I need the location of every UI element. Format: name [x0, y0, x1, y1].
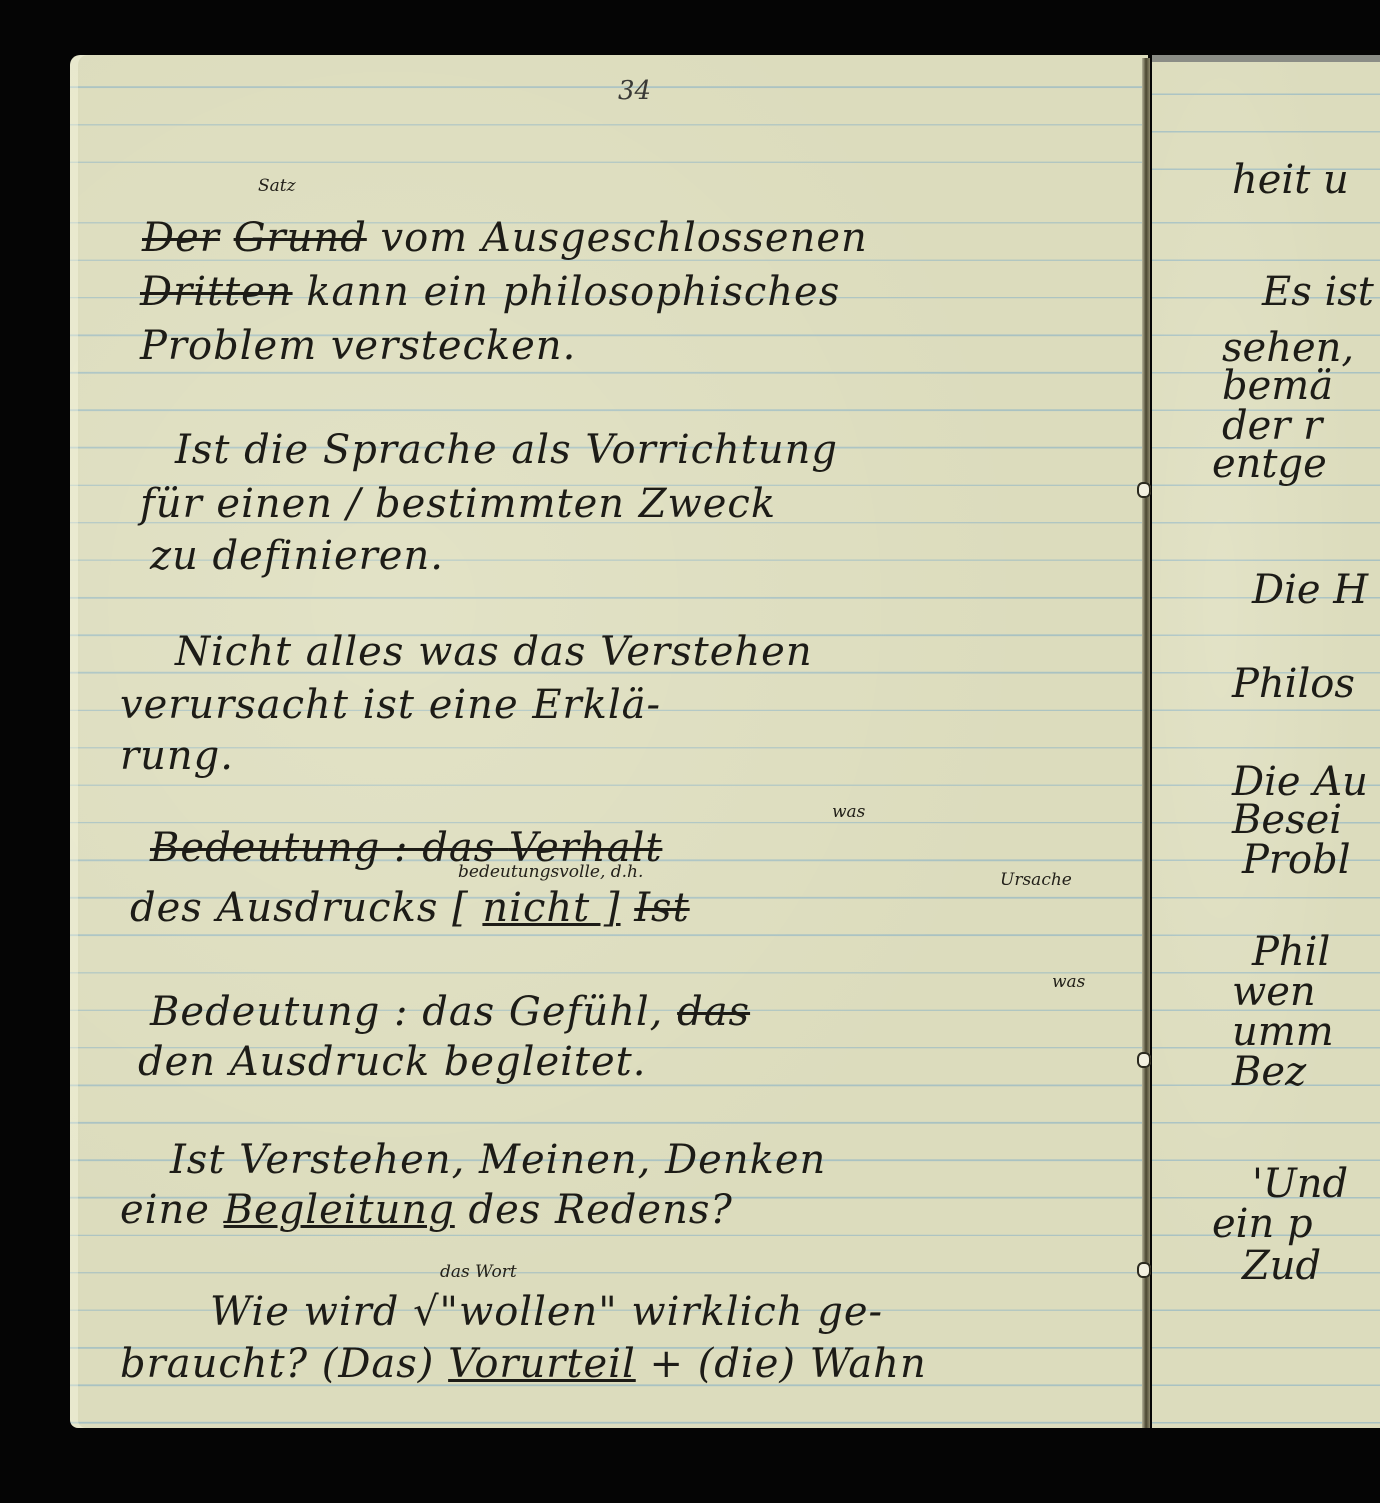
- fragment: Philos: [1232, 664, 1355, 704]
- fragment: ein p: [1212, 1204, 1313, 1244]
- struck-word: Grund: [234, 215, 367, 261]
- binding-stitch: [1137, 1262, 1151, 1278]
- insertion: Satz: [258, 176, 296, 196]
- manuscript-line: des Ausdrucks [ nicht ] Ist: [130, 888, 690, 928]
- manuscript-line: verursacht ist eine Erklä-: [120, 685, 661, 725]
- fragment: Besei: [1232, 800, 1342, 840]
- right-page-text-clip: heit u Es ist sehen, bemä der r entge Di…: [1152, 62, 1380, 1428]
- manuscript-line: Dritten kann ein philosophisches: [140, 272, 840, 312]
- fragment: heit u: [1232, 160, 1349, 200]
- manuscript-line: Problem verstecken.: [140, 326, 576, 366]
- manuscript-line: für einen / bestimmten Zweck: [140, 484, 776, 524]
- fragment: Die H: [1252, 570, 1368, 610]
- fragment: Die Au: [1232, 762, 1368, 802]
- insertion: das Wort: [440, 1262, 517, 1282]
- manuscript-line: Bedeutung : das Gefühl, das: [150, 992, 750, 1032]
- manuscript-line: rung.: [120, 736, 234, 776]
- fragment: der r: [1222, 406, 1322, 446]
- struck-word: Der: [142, 215, 220, 261]
- fragment: 'Und: [1252, 1164, 1348, 1204]
- fragment: entge: [1212, 444, 1327, 484]
- manuscript-line: Ist Verstehen, Meinen, Denken: [170, 1140, 826, 1180]
- binding-stitch: [1137, 482, 1151, 498]
- fragment: bemä: [1222, 366, 1333, 406]
- page-number: 34: [618, 76, 651, 106]
- manuscript-line: eine Begleitung des Redens?: [120, 1190, 733, 1230]
- fragment: sehen,: [1222, 328, 1354, 368]
- notebook-gutter: [1142, 58, 1150, 1428]
- insertion: was: [1052, 972, 1085, 992]
- fragment: Bez: [1232, 1052, 1306, 1092]
- manuscript-line: Ist die Sprache als Vorrichtung: [175, 430, 838, 470]
- manuscript-line: Der Grund vom Ausgeschlossenen: [142, 218, 868, 258]
- struck-word: Ist: [634, 885, 689, 931]
- insertion: bedeutungsvolle, d.h.: [458, 862, 643, 882]
- insertion: Ursache: [1000, 870, 1072, 890]
- insertion: was: [832, 802, 865, 822]
- fragment: Phil: [1252, 932, 1330, 972]
- struck-word: Dritten: [140, 269, 293, 315]
- fragment: wen: [1232, 972, 1316, 1012]
- manuscript-line: braucht? (Das) Vorurteil + (die) Wahn: [120, 1344, 927, 1384]
- fragment: Zud: [1242, 1246, 1321, 1286]
- manuscript-line: Wie wird √"wollen" wirklich ge-: [210, 1292, 883, 1332]
- manuscript-line: zu definieren.: [150, 536, 444, 576]
- binding-stitch: [1137, 1052, 1151, 1068]
- fragment: Probl: [1242, 840, 1351, 880]
- manuscript-line: Nicht alles was das Verstehen: [175, 632, 813, 672]
- struck-word: das: [677, 989, 750, 1035]
- manuscript-line: den Ausdruck begleitet.: [138, 1042, 646, 1082]
- fragment: Es ist: [1262, 272, 1374, 312]
- fragment: umm: [1232, 1012, 1334, 1052]
